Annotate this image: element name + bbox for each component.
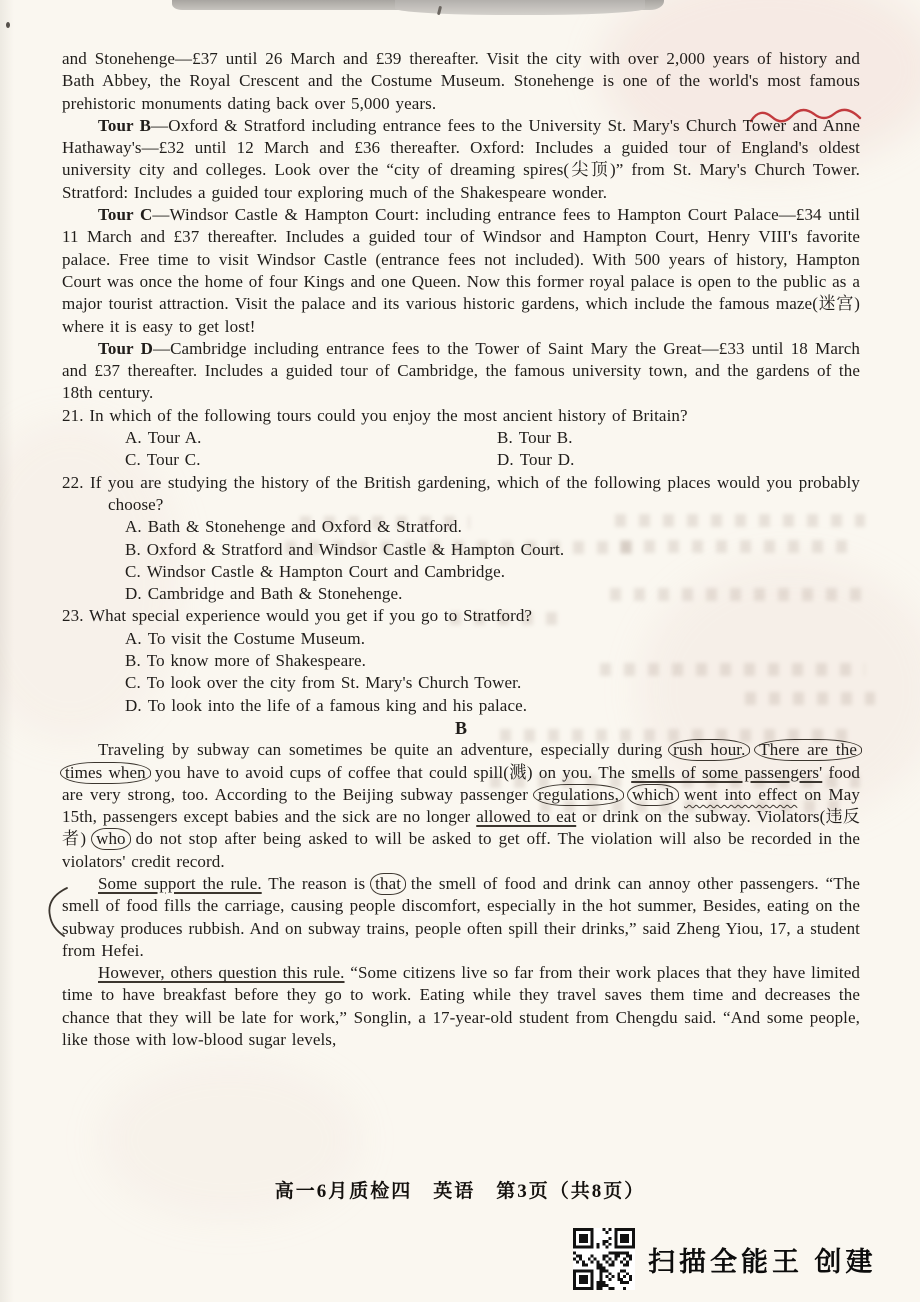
text-run: Cambridge and Bath & Stonehenge. xyxy=(148,584,403,603)
answer-option: C.Tour C. xyxy=(125,449,497,471)
question-22-stem: 22. If you are studying the history of t… xyxy=(62,472,860,517)
answer-option: A.Tour A. xyxy=(125,427,497,449)
text-run: and Stonehenge—£37 until 26 March and £3… xyxy=(62,49,860,113)
text-run xyxy=(677,785,684,804)
question-23-options: A.To visit the Costume Museum.B.To know … xyxy=(62,628,860,717)
option-label: A. xyxy=(125,517,142,536)
answer-option: D.Cambridge and Bath & Stonehenge. xyxy=(125,583,860,605)
text-run: Tour A. xyxy=(148,428,202,447)
text-run: If you are studying the history of the B… xyxy=(90,473,860,514)
answer-option: A.To visit the Costume Museum. xyxy=(125,628,860,650)
passage-b-paragraph-1: Traveling by subway can sometimes be qui… xyxy=(62,739,860,873)
text-run: Windsor Castle & Hampton Court and Cambr… xyxy=(147,562,505,581)
text-run: The reason is xyxy=(262,874,372,893)
footer-text: 高一6月质检四 英语 第3页（共8页） xyxy=(275,1181,646,1202)
text-run: —Cambridge including entrance fees to th… xyxy=(62,339,860,403)
text-run: —Windsor Castle & Hampton Court: includi… xyxy=(62,205,860,335)
hand-annotation-underline: allowed to eat xyxy=(476,807,576,826)
answer-option: C.Windsor Castle & Hampton Court and Cam… xyxy=(125,561,860,583)
text-run: To visit the Costume Museum. xyxy=(148,629,365,648)
ink-speck xyxy=(6,22,10,28)
document-body: and Stonehenge—£37 until 26 March and £3… xyxy=(62,48,860,1051)
hand-annotation-wavy: went into effect xyxy=(684,785,797,804)
qr-code xyxy=(573,1228,635,1290)
text-run: Tour D xyxy=(98,339,153,358)
option-label: B. xyxy=(125,651,141,670)
question-23: 23. What special experience would you ge… xyxy=(62,605,860,716)
question-23-stem: 23. What special experience would you ge… xyxy=(62,605,860,627)
answer-option: D.To look into the life of a famous king… xyxy=(125,695,860,717)
option-label: D. xyxy=(497,450,514,469)
passage-b-paragraph-3: However, others question this rule. “Som… xyxy=(62,962,860,1051)
question-22: 22. If you are studying the history of t… xyxy=(62,472,860,606)
answer-option: B.To know more of Shakespeare. xyxy=(125,650,860,672)
option-label: C. xyxy=(125,673,141,692)
option-label: A. xyxy=(125,629,142,648)
question-22-options: A.Bath & Stonehenge and Oxford & Stratfo… xyxy=(62,516,860,605)
question-number: 22. xyxy=(62,473,90,492)
passage-a-tail: and Stonehenge—£37 until 26 March and £3… xyxy=(62,48,860,115)
section-b-heading: B xyxy=(62,717,860,739)
hand-annotation-underline: However, others question this rule. xyxy=(98,963,345,982)
answer-option: A.Bath & Stonehenge and Oxford & Stratfo… xyxy=(125,516,860,538)
text-run: To look over the city from St. Mary's Ch… xyxy=(147,673,522,692)
text-run: Tour B xyxy=(98,116,151,135)
text-run: Tour C xyxy=(98,205,152,224)
tour-c-paragraph: Tour C—Windsor Castle & Hampton Court: i… xyxy=(62,204,860,338)
option-label: B. xyxy=(497,428,513,447)
option-label: C. xyxy=(125,562,141,581)
question-21: 21. In which of the following tours coul… xyxy=(62,405,860,472)
text-run: Tour B. xyxy=(519,428,573,447)
scanned-exam-page: and Stonehenge—£37 until 26 March and £3… xyxy=(0,0,920,1302)
text-run: —Oxford & Stratford including entrance f… xyxy=(62,116,860,202)
text-run: do not stop after being asked to will be… xyxy=(62,829,860,870)
answer-option: B.Oxford & Stratford and Windsor Castle … xyxy=(125,539,860,561)
hand-annotation-circle: that xyxy=(370,873,406,895)
text-run: Bath & Stonehenge and Oxford & Stratford… xyxy=(148,517,462,536)
hand-annotation-underline: Some support the rule. xyxy=(98,874,262,893)
text-run: Traveling by subway can sometimes be qui… xyxy=(98,740,670,759)
hand-annotation-underline: smells of some passengers' xyxy=(631,763,822,782)
option-label: A. xyxy=(125,428,142,447)
text-run: In which of the following tours could yo… xyxy=(89,406,687,425)
answer-option: D.Tour D. xyxy=(497,449,860,471)
text-run: To know more of Shakespeare. xyxy=(147,651,366,670)
scanner-top-edge-artifact xyxy=(395,0,645,15)
question-21-stem: 21. In which of the following tours coul… xyxy=(62,405,860,427)
scanner-watermark-text: 扫描全能王 创建 xyxy=(648,1240,877,1279)
question-21-options: A.Tour A.B.Tour B.C.Tour C.D.Tour D. xyxy=(62,427,860,472)
scan-edge-shadow xyxy=(0,0,14,1302)
text-run: Tour C. xyxy=(147,450,201,469)
text-run: Tour D. xyxy=(520,450,575,469)
text-run: What special experience would you get if… xyxy=(89,606,532,625)
passage-b-paragraph-2: Some support the rule. The reason is tha… xyxy=(62,873,860,962)
option-label: D. xyxy=(125,696,142,715)
page-footer: 高一6月质检四 英语 第3页（共8页） xyxy=(0,1176,920,1203)
hand-annotation-circle: regulations, xyxy=(533,784,624,806)
hand-annotation-circle: rush hour. xyxy=(668,739,750,761)
text-run: Oxford & Stratford and Windsor Castle & … xyxy=(147,540,564,559)
option-label: D. xyxy=(125,584,142,603)
answer-option: C.To look over the city from St. Mary's … xyxy=(125,672,860,694)
tour-d-paragraph: Tour D—Cambridge including entrance fees… xyxy=(62,338,860,405)
hand-annotation-circle: who xyxy=(91,828,131,850)
question-number: 21. xyxy=(62,406,89,425)
scanner-watermark: 扫描全能王 创建 xyxy=(573,1228,877,1290)
hand-annotation-circle: which xyxy=(627,784,679,806)
answer-option: B.Tour B. xyxy=(497,427,860,449)
option-label: C. xyxy=(125,450,141,469)
text-run: To look into the life of a famous king a… xyxy=(148,696,527,715)
question-number: 23. xyxy=(62,606,89,625)
text-run: you have to avoid cups of coffee that co… xyxy=(149,763,631,782)
option-label: B. xyxy=(125,540,141,559)
tour-b-paragraph: Tour B—Oxford & Stratford including entr… xyxy=(62,115,860,204)
